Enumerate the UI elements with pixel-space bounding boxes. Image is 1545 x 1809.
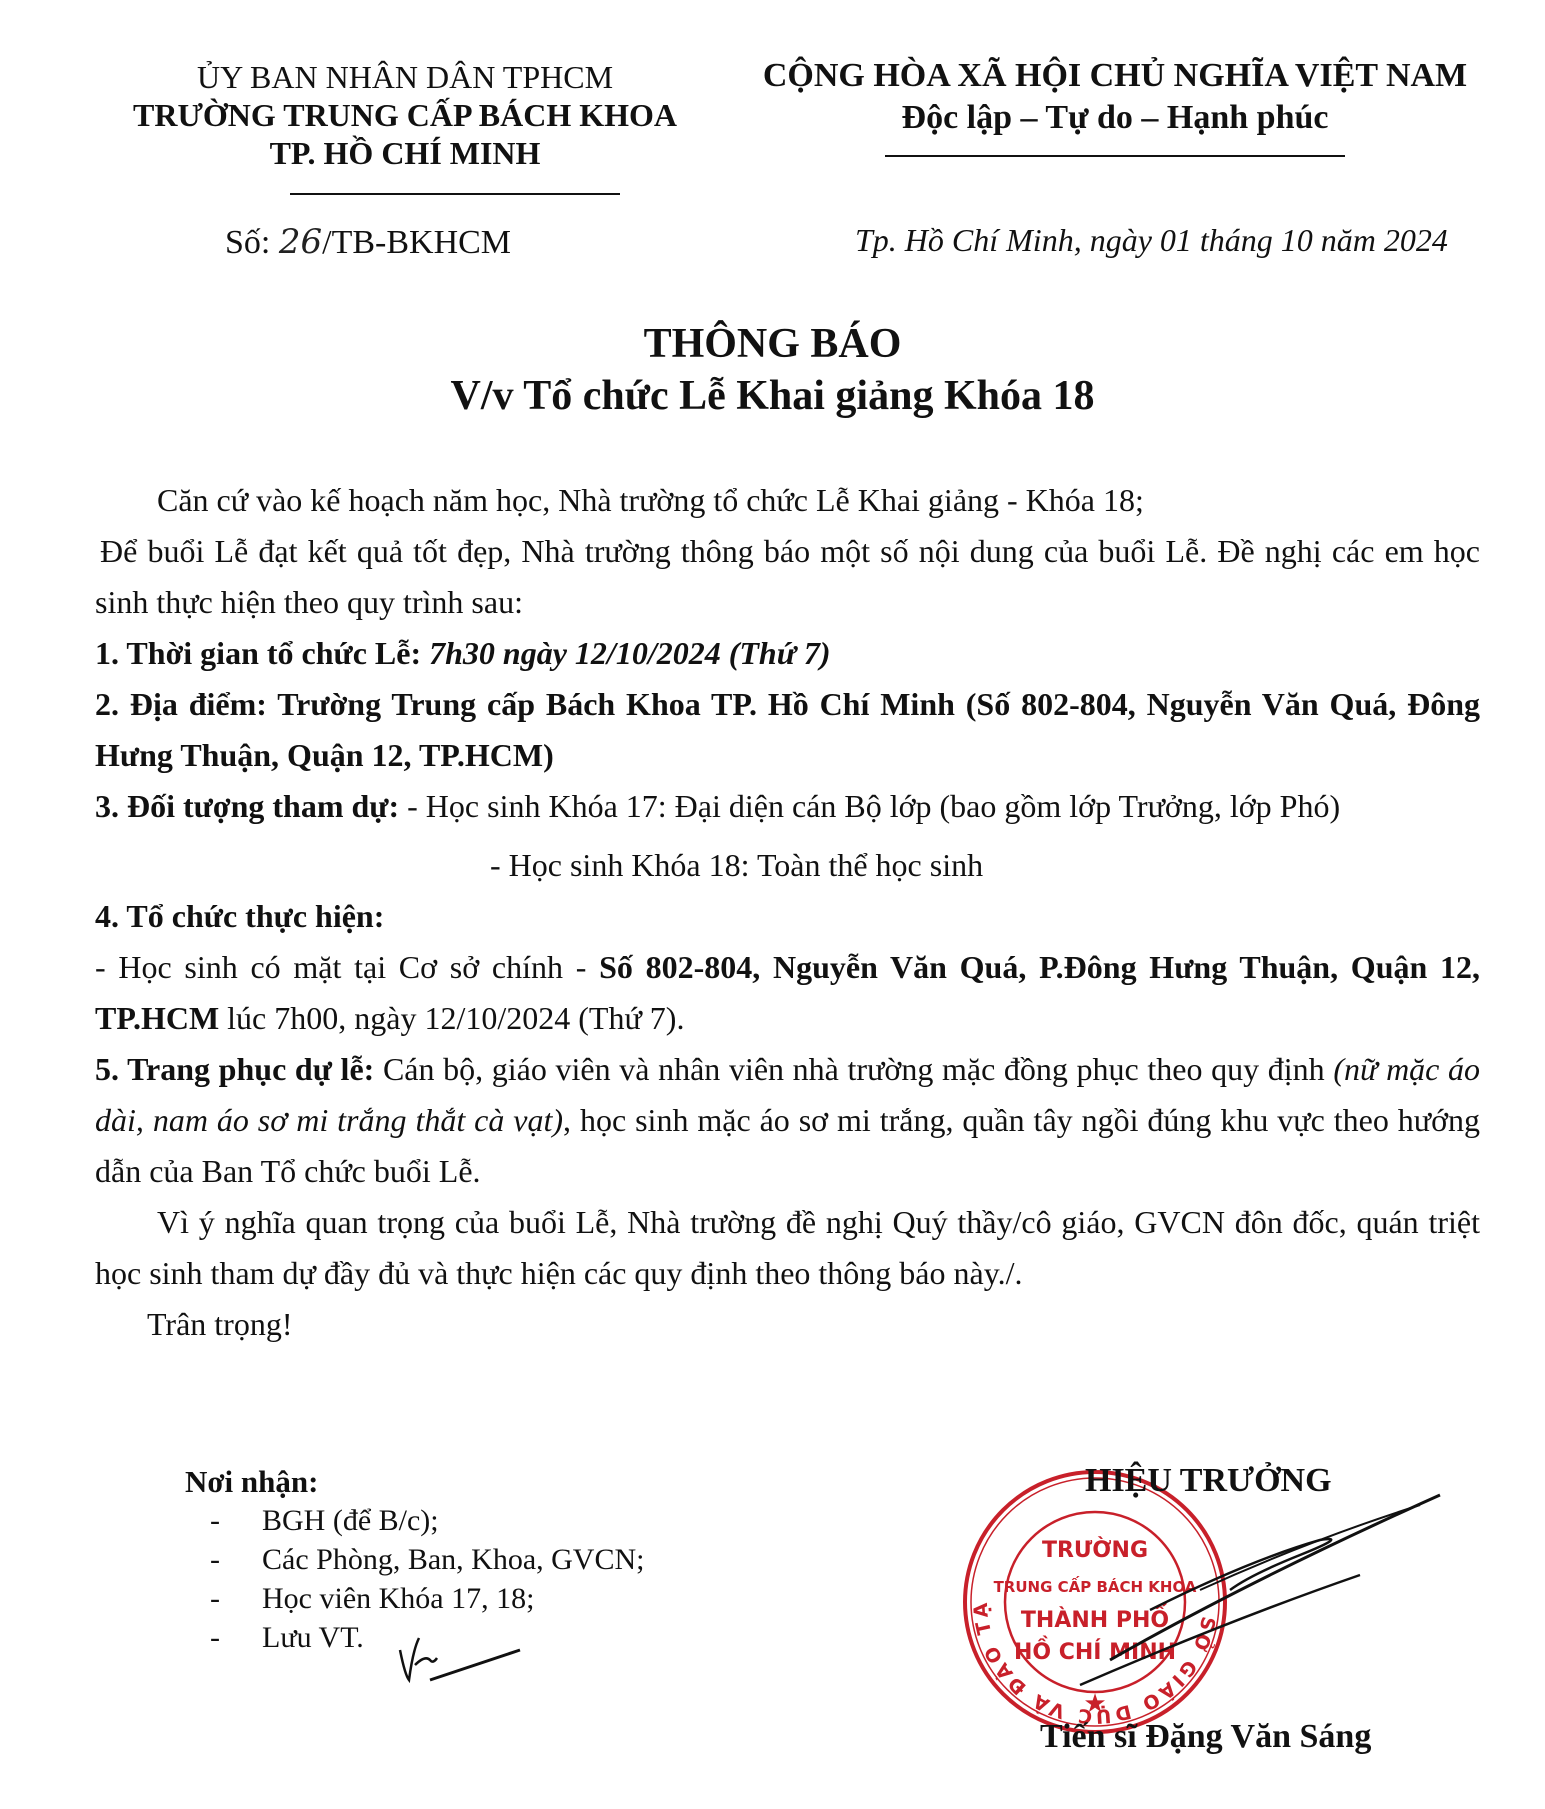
national-motto: Độc lập – Tự do – Hạnh phúc [750, 97, 1480, 139]
list-dash: - [185, 1618, 262, 1657]
recipient-item: - BGH (để B/c); [185, 1501, 644, 1540]
item-3-attendees: 3. Đối tượng tham dự: - Học sinh Khóa 17… [95, 781, 1480, 832]
national-title: CỘNG HÒA XÃ HỘI CHỦ NGHĨA VIỆT NAM [750, 55, 1480, 97]
document-subject: V/v Tổ chức Lễ Khai giảng Khóa 18 [0, 370, 1545, 422]
national-motto-block: CỘNG HÒA XÃ HỘI CHỦ NGHĨA VIỆT NAM Độc l… [750, 55, 1480, 139]
list-dash: - [185, 1579, 262, 1618]
item-1-time: 1. Thời gian tổ chức Lễ: 7h30 ngày 12/10… [95, 628, 1480, 679]
intro-paragraph-1: Căn cứ vào kế hoạch năm học, Nhà trường … [95, 475, 1480, 526]
motto-underline [885, 155, 1345, 157]
document-body: Căn cứ vào kế hoạch năm học, Nhà trường … [95, 475, 1480, 1350]
recipient-item: - Các Phòng, Ban, Khoa, GVCN; [185, 1540, 644, 1579]
handwritten-signature-icon [1050, 1480, 1450, 1700]
item-3-value-1: - Học sinh Khóa 17: Đại diện cán Bộ lớp … [407, 788, 1340, 824]
item-3-label: 3. Đối tượng tham dự: [95, 788, 407, 824]
item-5-label: 5. Trang phục dự lễ: [95, 1051, 383, 1087]
item-5-text-a: Cán bộ, giáo viên và nhân viên nhà trườn… [383, 1051, 1333, 1087]
issuer-underline [290, 193, 620, 195]
issuer-block: ỦY BAN NHÂN DÂN TPHCM TRƯỜNG TRUNG CẤP B… [110, 58, 700, 172]
initials-signature-icon [395, 1630, 525, 1685]
signer-name: Tiến sĩ Đặng Văn Sáng [1040, 1718, 1371, 1756]
list-dash: - [185, 1540, 262, 1579]
document-title-block: THÔNG BÁO V/v Tổ chức Lễ Khai giảng Khóa… [0, 318, 1545, 422]
item-4-label: 4. Tổ chức thực hiện: [95, 891, 1480, 942]
item-4-text: - Học sinh có mặt tại Cơ sở chính - Số 8… [95, 942, 1480, 1044]
list-dash: - [185, 1501, 262, 1540]
item-4-text-c: lúc 7h00, ngày 12/10/2024 (Thứ 7). [219, 1000, 684, 1036]
item-1-label: 1. Thời gian tổ chức Lễ: [95, 635, 429, 671]
doc-number-suffix: /TB-BKHCM [322, 224, 511, 261]
recipient-text: Lưu VT. [262, 1618, 364, 1657]
document-number: Số: 26/TB-BKHCM [225, 222, 511, 262]
recipient-item: - Học viên Khóa 17, 18; [185, 1579, 644, 1618]
item-5-dress-code: 5. Trang phục dự lễ: Cán bộ, giáo viên v… [95, 1044, 1480, 1197]
item-4-text-a: - Học sinh có mặt tại Cơ sở chính - [95, 949, 599, 985]
conclusion-paragraph: Vì ý nghĩa quan trọng của buổi Lễ, Nhà t… [95, 1197, 1480, 1299]
recipient-text: Học viên Khóa 17, 18; [262, 1579, 534, 1618]
recipient-text: Các Phòng, Ban, Khoa, GVCN; [262, 1540, 644, 1579]
document-title: THÔNG BÁO [0, 318, 1545, 370]
recipients-heading: Nơi nhận: [185, 1462, 644, 1501]
item-2-location: 2. Địa điểm: Trường Trung cấp Bách Khoa … [95, 679, 1480, 781]
item-1-value: 7h30 ngày 12/10/2024 (Thứ 7) [429, 635, 830, 671]
recipients-block: Nơi nhận: - BGH (để B/c); - Các Phòng, B… [185, 1462, 644, 1657]
issuer-authority: ỦY BAN NHÂN DÂN TPHCM [110, 58, 700, 96]
intro-paragraph-2: Để buổi Lễ đạt kết quả tốt đẹp, Nhà trườ… [95, 526, 1480, 628]
document-date: Tp. Hồ Chí Minh, ngày 01 tháng 10 năm 20… [855, 222, 1448, 259]
doc-number-handwritten: 26 [279, 222, 322, 262]
recipient-text: BGH (để B/c); [262, 1501, 439, 1540]
item-3-value-2: - Học sinh Khóa 18: Toàn thể học sinh [95, 840, 1480, 891]
issuer-school: TRƯỜNG TRUNG CẤP BÁCH KHOA [110, 96, 700, 134]
doc-number-prefix: Số: [225, 224, 279, 261]
closing-greeting: Trân trọng! [95, 1299, 1480, 1350]
issuer-city: TP. HỒ CHÍ MINH [110, 134, 700, 172]
